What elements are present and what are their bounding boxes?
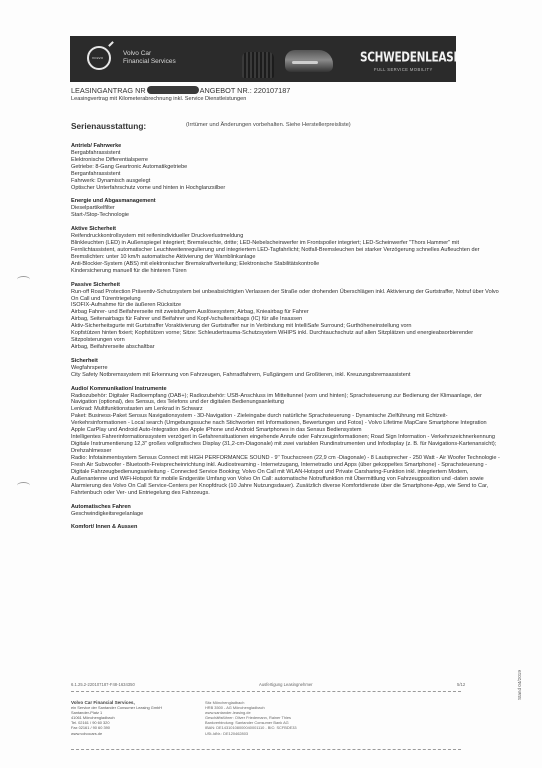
divider (71, 691, 461, 692)
page-number: 5/12 (457, 682, 465, 687)
equipment-item: Reifendruckkontrollsystem mit reifenindi… (71, 233, 501, 240)
section-title: Automatisches Fahren (71, 504, 501, 511)
equipment-item: Airbag, Beifahrerseite abschaltbar (71, 344, 501, 351)
equipment-section: Antrieb/ FahrwerkeBergabfahrassistentEle… (71, 143, 501, 192)
header-banner: VOLVO Volvo Car Financial Services SCHWE… (70, 36, 456, 82)
equipment-list: Antrieb/ FahrwerkeBergabfahrassistentEle… (71, 143, 501, 538)
company-lines: ein Service der Santander Consumer Leasi… (71, 705, 162, 736)
registry-info: Sitz MönchengladbachHRB 3500 - AG Mönche… (205, 700, 297, 736)
punch-hole-mark (17, 482, 30, 489)
equipment-item: Airbag, Seitenairbags für Fahrer und Bei… (71, 316, 501, 323)
section-title: Antrieb/ Fahrwerke (71, 143, 501, 150)
registry-line: IBAN: DE14310108000040001110 - BIC: SCFB… (205, 725, 297, 730)
equipment-item: Digitale Instrumentierung 12,3" großes v… (71, 441, 501, 455)
equipment-item: Anti-Blockier-System (ABS) mit elektroni… (71, 261, 501, 268)
section-title: Aktive Sicherheit (71, 226, 501, 233)
equipment-section: SicherheitWegfahrsperreCity Safety Notbr… (71, 358, 501, 379)
equipment-section: Komfort/ Innen & Aussen (71, 524, 501, 531)
equipment-item: Run-off Road Protection Präventiv-Schutz… (71, 289, 501, 303)
equipment-item: Radiozubehör: Digitaler Radioempfang (DA… (71, 393, 501, 407)
section-title: Sicherheit (71, 358, 501, 365)
angebot-number: ANGEBOT NR.: 220107187 (200, 86, 291, 95)
equipment-item: Geschwindigkeitsregelanlage (71, 511, 501, 518)
equipment-item: Dieselpartikelfilter (71, 205, 501, 212)
equipment-item: Fahrwerk: Dynamisch ausgelegt (71, 178, 501, 185)
stand-date: Stand 04/2019 (517, 670, 522, 700)
address-line: www.volvocars.de (71, 731, 162, 736)
equipment-item: Wegfahrsperre (71, 365, 501, 372)
equipment-item: Blinkleuchten (LED) in Außenspiegel inte… (71, 240, 501, 261)
punch-hole-mark (17, 276, 30, 283)
contract-type: Leasingvertrag mit Kilometerabrechnung i… (71, 96, 246, 102)
document-page: VOLVO Volvo Car Financial Services SCHWE… (0, 0, 542, 768)
document-reference: 6.1.25.2-220107187-F48-1634350 (71, 682, 135, 687)
equipment-section: Aktive SicherheitReifendruckkontrollsyst… (71, 226, 501, 275)
car-headlight-icon (292, 61, 318, 64)
car-grill-image-icon (242, 52, 274, 78)
registry-line: USt-IdNr.: DE120462803 (205, 731, 297, 736)
volvo-logo-icon: VOLVO (87, 46, 111, 70)
equipment-item: Elektronische Differentialsperre (71, 157, 501, 164)
redaction-mark (147, 86, 199, 94)
equipment-item: ISOFIX-Aufnahme für die äußeren Rücksitz… (71, 302, 501, 309)
equipment-item: Radio: Infotainmentsystem Sensus Connect… (71, 455, 501, 497)
equipment-item: Kindersicherung manuell für die hinteren… (71, 268, 501, 275)
application-header: LEASINGANTRAG NRANGEBOT NR.: 220107187 (71, 86, 290, 95)
brand-line-2: Financial Services (123, 58, 176, 66)
equipment-item: Berganfahrassistent (71, 171, 501, 178)
divider (71, 749, 461, 750)
equipment-item: Kopfstützen hinten fixiert; Kopfstützen … (71, 330, 501, 344)
section-heading: Serienausstattung: (71, 121, 146, 131)
section-title: Komfort/ Innen & Aussen (71, 524, 501, 531)
equipment-section: Passive SicherheitRun-off Road Protectio… (71, 282, 501, 352)
partner-title: SCHWEDENLEASING (360, 50, 456, 65)
equipment-item: Intelligentes Fahrerinformationssystem v… (71, 434, 501, 441)
partner-subtitle: FULL SERVICE MOBILITY (374, 67, 433, 72)
equipment-item: Bergabfahrassistent (71, 150, 501, 157)
copy-label: Ausfertigung Leasingnehmer (259, 682, 313, 687)
equipment-item: Start-/Stop-Technologie (71, 212, 501, 219)
logo-text: VOLVO (92, 56, 103, 60)
equipment-section: Automatisches FahrenGeschwindigkeitsrege… (71, 504, 501, 518)
equipment-item: Airbag Fahrer- und Beifahrerseite mit zw… (71, 309, 501, 316)
equipment-section: Audio/ Kommunikation/ InstrumenteRadiozu… (71, 386, 501, 497)
equipment-item: Optischer Unterfahrschutz vorne und hint… (71, 185, 501, 192)
company-address: Volvo Car Financial Services, ein Servic… (71, 700, 162, 736)
equipment-item: Lenkrad: Multifunktionstasten am Lenkrad… (71, 406, 501, 413)
section-title: Audio/ Kommunikation/ Instrumente (71, 386, 501, 393)
equipment-item: Aktiv-Sicherheitsgurte mit Gurtstraffer … (71, 323, 501, 330)
brand-name: Volvo Car Financial Services (123, 50, 176, 66)
antrag-label: LEASINGANTRAG NR (71, 86, 146, 95)
equipment-section: Energie und AbgasmanagementDieselpartike… (71, 198, 501, 219)
section-title: Energie und Abgasmanagement (71, 198, 501, 205)
equipment-item: Paket: Business-Paket Sensus Navigations… (71, 413, 501, 434)
equipment-item: Getriebe: 8-Gang Geartronic Automatikget… (71, 164, 501, 171)
brand-line-1: Volvo Car (123, 50, 176, 58)
disclaimer-note: (Irrtümer und Änderungen vorbehalten. Si… (186, 122, 351, 128)
section-title: Passive Sicherheit (71, 282, 501, 289)
equipment-item: City Safety Notbremssystem mit Erkennung… (71, 372, 501, 379)
